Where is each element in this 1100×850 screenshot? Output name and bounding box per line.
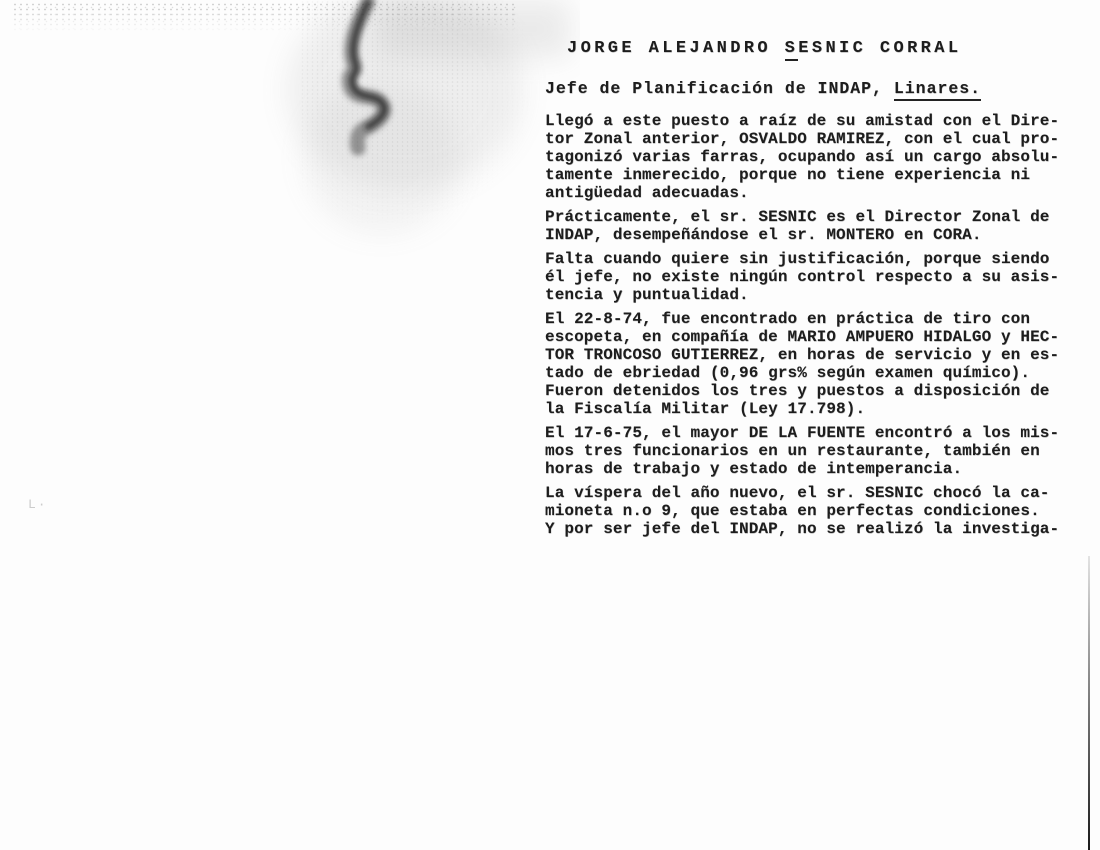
- title-underlined-letter: S: [785, 39, 799, 61]
- scanned-document-page: L· JORGE ALEJANDRO SESNIC CORRAL Jefe de…: [0, 0, 1100, 850]
- scan-edge-line: [1088, 556, 1090, 850]
- paragraph-absences: Falta cuando quiere sin justificación, p…: [545, 250, 1067, 304]
- ink-smudge-grain: [300, 0, 530, 225]
- paragraph-appointment: Llegó a este puesto a raíz de su amistad…: [545, 112, 1067, 202]
- subtitle-text: Jefe de Planificación de INDAP,: [545, 79, 894, 98]
- subtitle-underlined-word: Linares.: [894, 79, 981, 101]
- document-text: JORGE ALEJANDRO SESNIC CORRAL Jefe de Pl…: [545, 38, 1067, 538]
- title-text-pre: JORGE ALEJANDRO: [567, 39, 785, 58]
- paragraph-truck-crash: La víspera del año nuevo, el sr. SESNIC …: [545, 484, 1067, 538]
- paragraph-director-role: Prácticamente, el sr. SESNIC es el Direc…: [545, 208, 1067, 244]
- paragraph-incident-1975: El 17-6-75, el mayor DE LA FUENTE encont…: [545, 424, 1067, 478]
- margin-mark: L·: [28, 497, 48, 512]
- title-text-post: ESNIC CORRAL: [798, 39, 961, 58]
- job-title-line: Jefe de Planificación de INDAP, Linares.: [545, 78, 1067, 99]
- paragraph-incident-1974: El 22-8-74, fue encontrado en práctica d…: [545, 310, 1067, 418]
- person-name-heading: JORGE ALEJANDRO SESNIC CORRAL: [567, 38, 1067, 59]
